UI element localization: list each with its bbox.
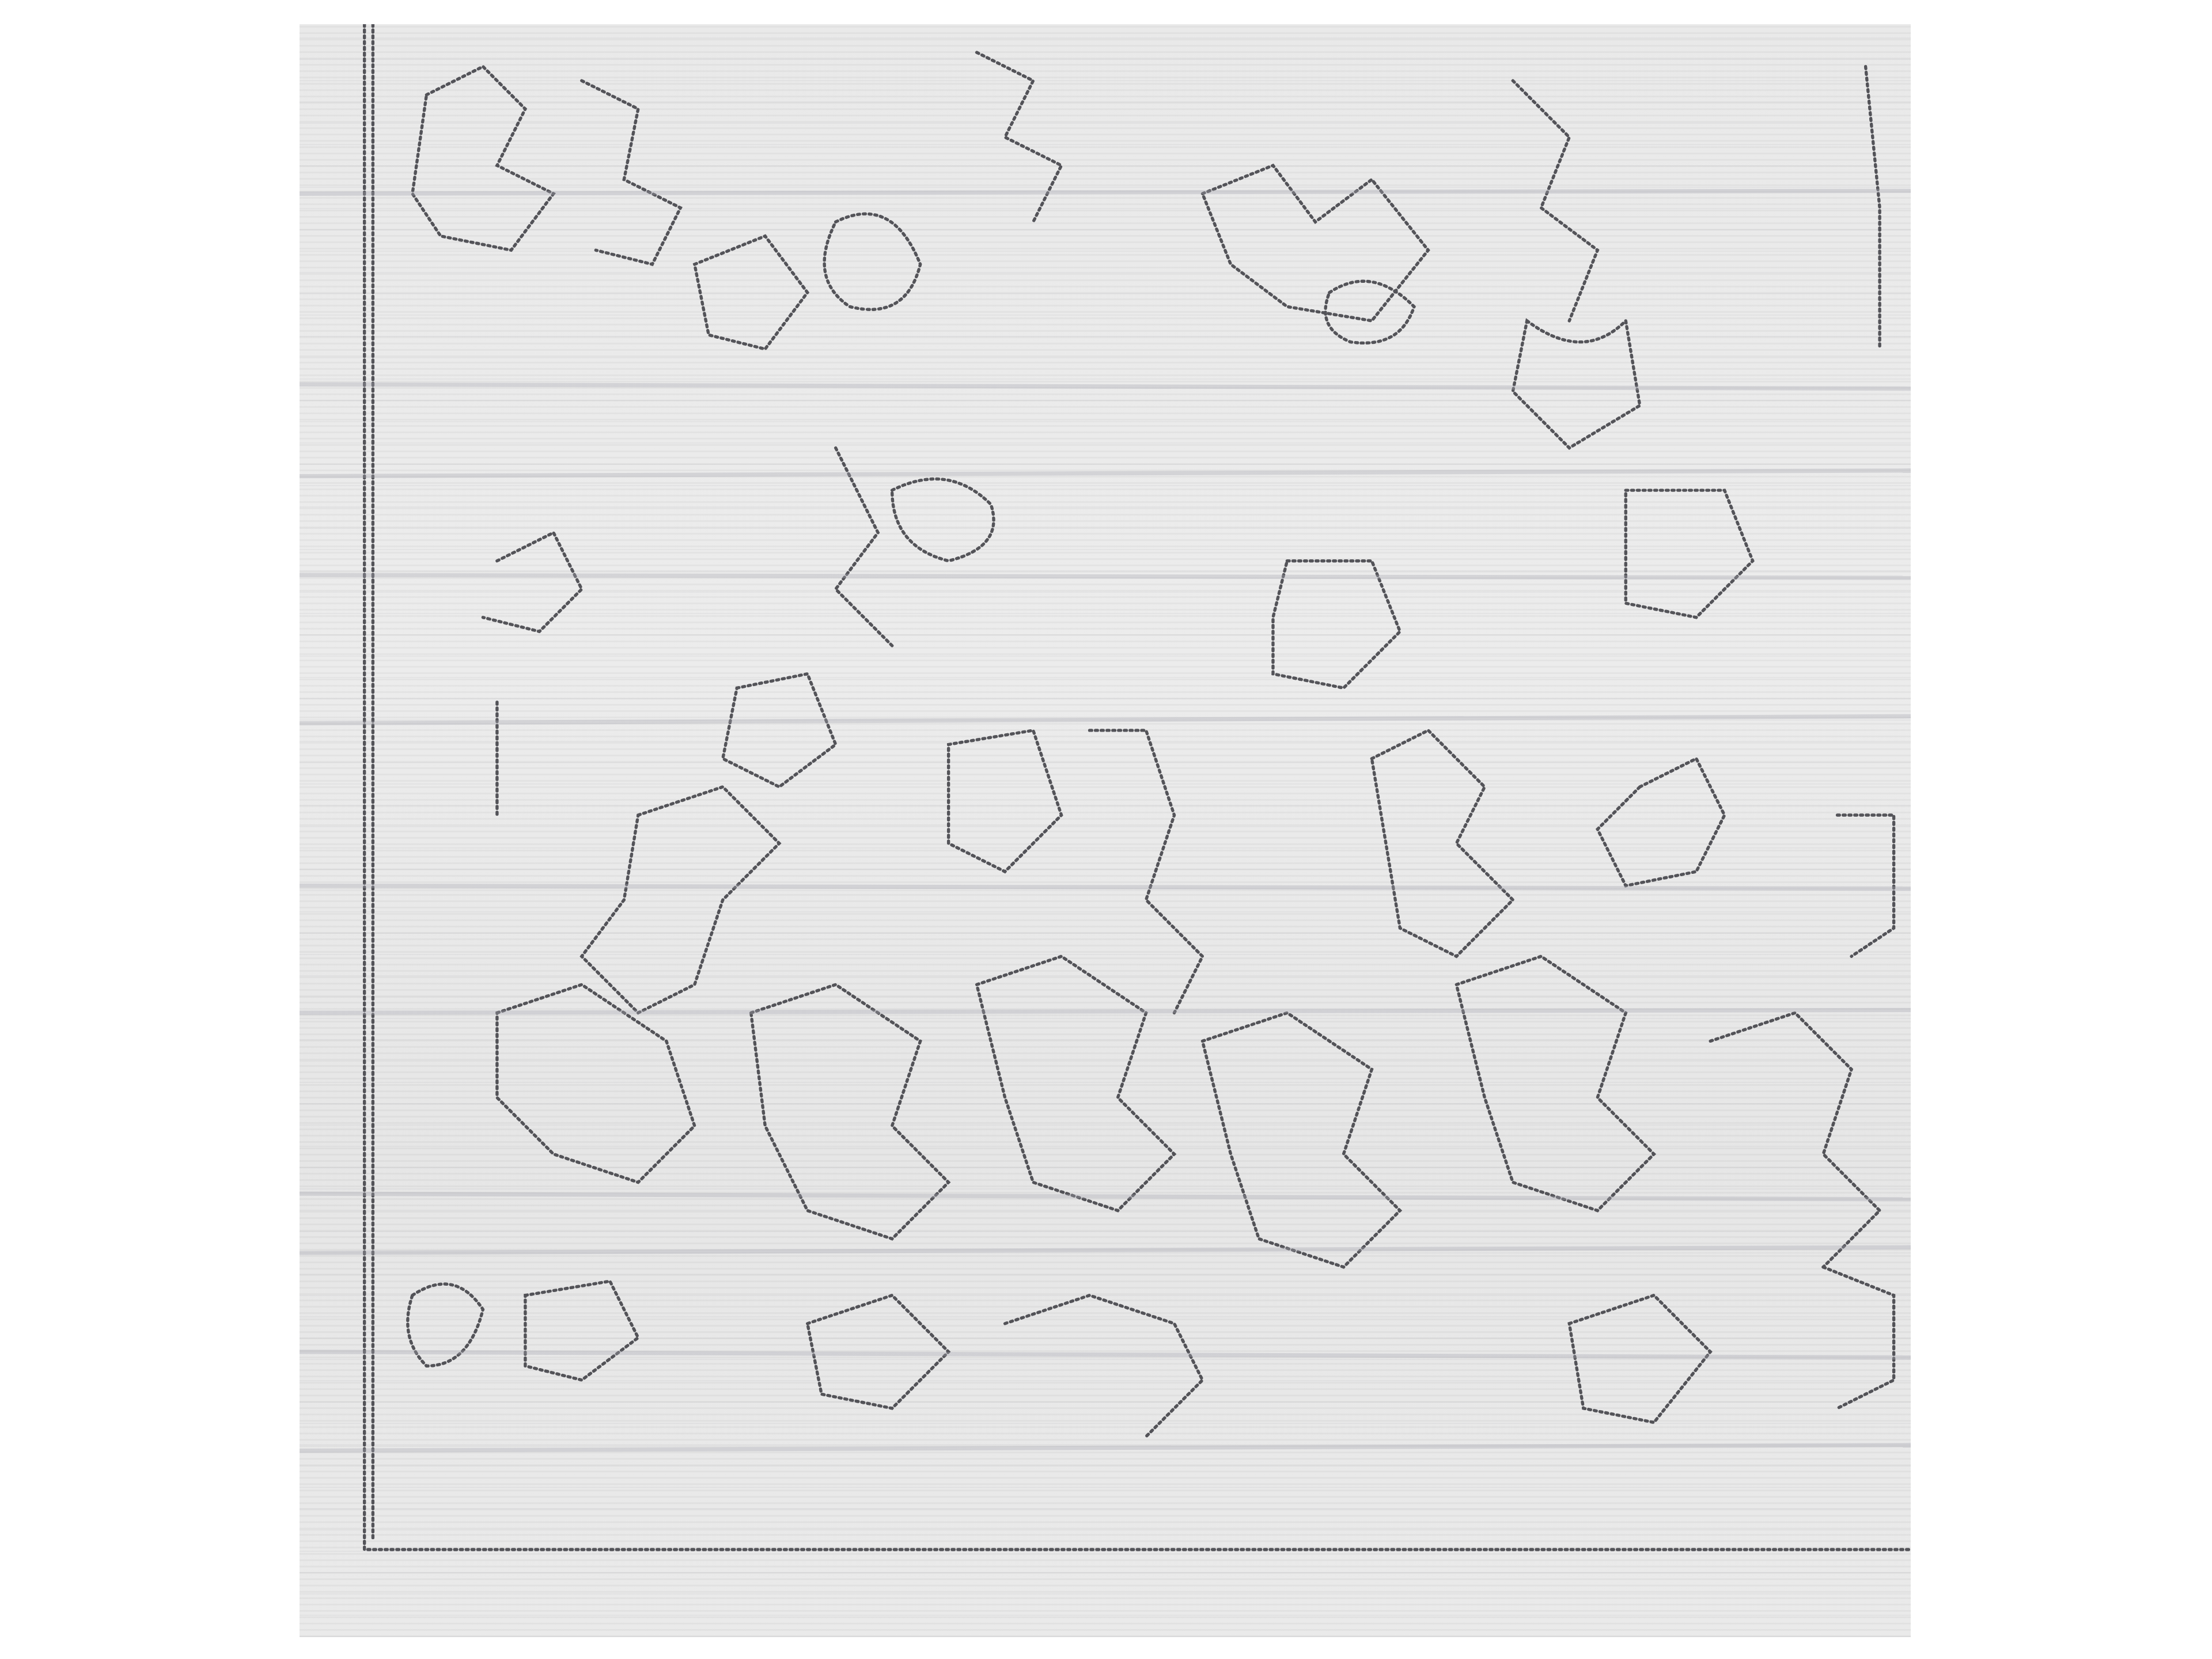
rug-photo — [300, 24, 1911, 1637]
rug-motif-pattern — [300, 24, 1911, 1637]
